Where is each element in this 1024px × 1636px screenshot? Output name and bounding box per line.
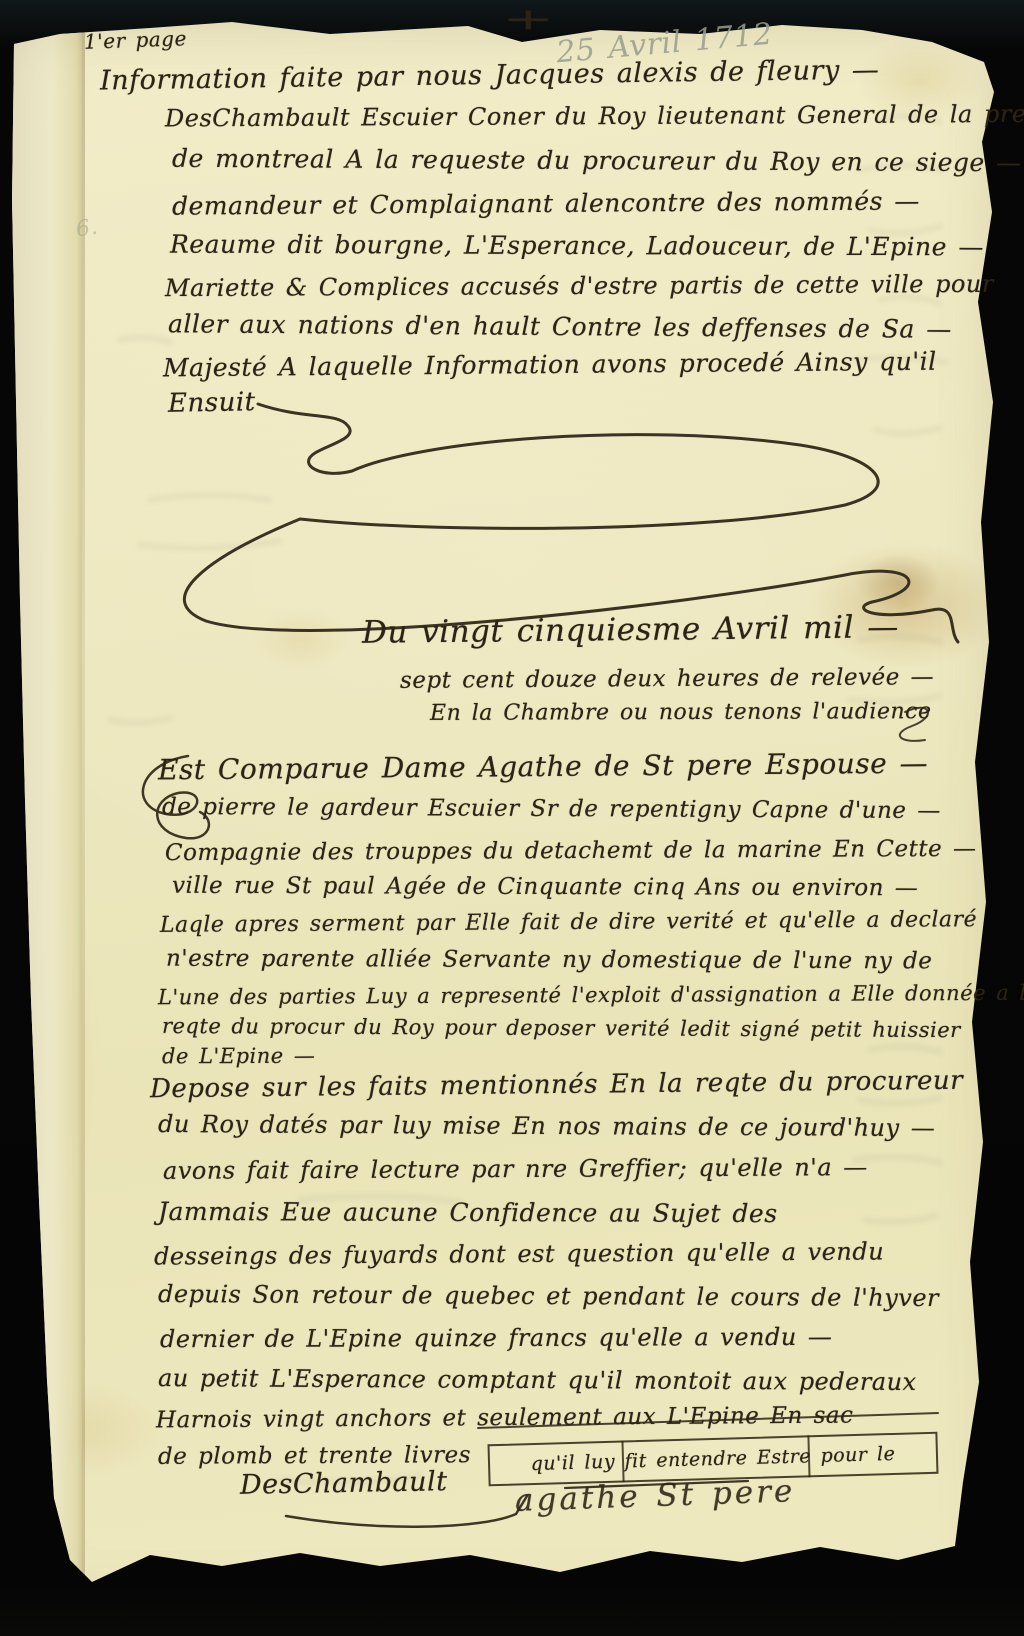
- manuscript-line: aller aux nations d'en hault Contre les …: [168, 309, 952, 343]
- manuscript-line: Information faite par nous Jacques alexi…: [100, 55, 880, 97]
- manuscript-line: demandeur et Complaignant alencontre des…: [172, 186, 920, 220]
- manuscript-line: Reaume dit bourgne, L'Esperance, Ladouce…: [170, 230, 984, 262]
- manuscript-line: de montreal A la requeste du procureur d…: [172, 144, 1022, 177]
- manuscript-line: n'estre parente alliée Servante ny domes…: [166, 946, 932, 975]
- handwriting-layer: 1'er page + 25 Avril 1712 6. Information…: [0, 0, 1024, 1636]
- manuscript-line: desseings des fuyards dont est question …: [154, 1237, 884, 1270]
- page-number-annotation: 1'er page: [84, 26, 188, 54]
- manuscript-line: Depose sur les faits mentionnés En la re…: [150, 1066, 963, 1105]
- manuscript-line: Harnois vingt anchors et seulement aux L…: [156, 1403, 854, 1434]
- manuscript-line: ville rue St paul Agée de Cinquante cinq…: [172, 873, 918, 902]
- manuscript-line: Est Comparue Dame Agathe de St pere Espo…: [158, 747, 928, 787]
- manuscript-line: Mariette & Complices accusés d'estre par…: [165, 270, 994, 302]
- ink-cross-mark: +: [502, 2, 556, 37]
- inserted-correction-text: qu'il luy fit entendre Estre pour le: [530, 1443, 895, 1475]
- scanned-manuscript-page: 1'er page + 25 Avril 1712 6. Information…: [0, 0, 1024, 1636]
- manuscript-line: Du vingt cinquiesme Avril mil —: [362, 609, 899, 651]
- manuscript-line: DesChambault Escuier Coner du Roy lieute…: [165, 100, 1024, 133]
- manuscript-line: reqte du procur du Roy pour deposer veri…: [162, 1014, 961, 1042]
- margin-mark: 6.: [74, 215, 99, 243]
- manuscript-line: au petit L'Esperance comptant qu'il mont…: [158, 1364, 917, 1396]
- manuscript-line: En la Chambre ou nous tenons l'audience: [430, 699, 932, 726]
- signature-deschambault: DesChambault: [240, 1466, 448, 1501]
- manuscript-line: Jammais Eue aucune Confidence au Sujet d…: [158, 1197, 778, 1228]
- manuscript-line: Majesté A laquelle Information avons pro…: [163, 347, 937, 383]
- manuscript-line: Compagnie des trouppes du detachemt de l…: [165, 836, 977, 866]
- manuscript-line: sept cent douze deux heures de relevée —: [400, 664, 934, 694]
- manuscript-line: de pierre le gardeur Escuier Sr de repen…: [162, 794, 941, 824]
- manuscript-line: dernier de L'Epine quinze francs qu'elle…: [160, 1323, 832, 1353]
- manuscript-line: du Roy datés par luy mise En nos mains d…: [158, 1110, 935, 1142]
- manuscript-line: depuis Son retour de quebec et pendant l…: [158, 1280, 939, 1312]
- manuscript-line: de L'Epine —: [162, 1044, 315, 1069]
- manuscript-line: Laqle apres serment par Elle fait de dir…: [160, 907, 977, 938]
- manuscript-line: L'une des parties Luy a representé l'exp…: [158, 981, 1024, 1010]
- manuscript-line: Ensuit: [168, 387, 256, 419]
- manuscript-line: avons fait faire lecture par nre Greffie…: [163, 1153, 868, 1185]
